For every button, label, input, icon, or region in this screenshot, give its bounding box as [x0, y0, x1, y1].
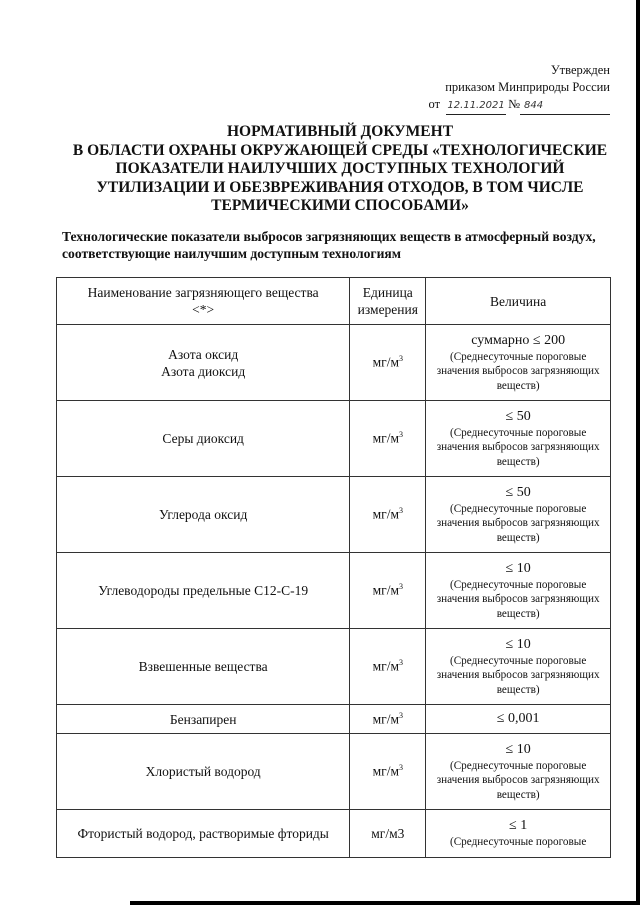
substance-name: Углерода оксид	[57, 477, 350, 553]
document-title: НОРМАТИВНЫЙ ДОКУМЕНТ В ОБЛАСТИ ОХРАНЫ ОК…	[40, 123, 640, 216]
unit-cell: мг/м3	[350, 629, 426, 705]
table-row: Серы диоксидмг/м3≤ 50(Среднесуточные пор…	[57, 401, 611, 477]
approval-approved: Утвержден	[429, 62, 611, 79]
threshold-note: (Среднесуточные пороговые	[430, 835, 606, 850]
threshold-note: (Среднесуточные пороговые значения выбро…	[430, 350, 606, 394]
header-unit: Единица измерения	[350, 278, 426, 325]
unit-cell: мг/м3	[350, 553, 426, 629]
unit-cell: мг/м3	[350, 705, 426, 734]
unit-cell: мг/м3	[350, 477, 426, 553]
value-cell: ≤ 1(Среднесуточные пороговые	[426, 810, 611, 858]
document-title-line: НОРМАТИВНЫЙ ДОКУМЕНТ	[40, 123, 640, 142]
table-row: Азота оксидАзота диоксидмг/м3суммарно ≤ …	[57, 325, 611, 401]
threshold-value: ≤ 50	[430, 408, 606, 426]
table-row: Фтористый водород, растворимые фторидымг…	[57, 810, 611, 858]
table-row: Взвешенные веществамг/м3≤ 10(Среднесуточ…	[57, 629, 611, 705]
value-cell: ≤ 10(Среднесуточные пороговые значения в…	[426, 734, 611, 810]
document-title-line: УТИЛИЗАЦИИ И ОБЕЗВРЕЖИВАНИЯ ОТХОДОВ, В Т…	[40, 179, 640, 198]
scan-edge-bottom	[130, 901, 640, 905]
value-cell: ≤ 10(Среднесуточные пороговые значения в…	[426, 629, 611, 705]
threshold-value: ≤ 10	[430, 560, 606, 578]
value-cell: ≤ 10(Среднесуточные пороговые значения в…	[426, 553, 611, 629]
substance-name: Углеводороды предельные С12-С-19	[57, 553, 350, 629]
approval-number: 844	[520, 97, 610, 115]
table-header-row: Наименование загрязняющего вещества <*> …	[57, 278, 611, 325]
header-substance: Наименование загрязняющего вещества <*>	[57, 278, 350, 325]
value-cell: ≤ 50(Среднесуточные пороговые значения в…	[426, 401, 611, 477]
header-value: Величина	[426, 278, 611, 325]
substance-name: Взвешенные вещества	[57, 629, 350, 705]
unit-cell: мг/м3	[350, 810, 426, 858]
threshold-value: ≤ 10	[430, 741, 606, 759]
table-row: Углеводороды предельные С12-С-19мг/м3≤ 1…	[57, 553, 611, 629]
substance-name: Азота оксидАзота диоксид	[57, 325, 350, 401]
section-title: Технологические показатели выбросов загр…	[62, 228, 618, 262]
threshold-value: ≤ 1	[430, 817, 606, 835]
threshold-note: (Среднесуточные пороговые значения выбро…	[430, 578, 606, 622]
unit-cell: мг/м3	[350, 401, 426, 477]
approval-date-prefix: от	[429, 96, 441, 113]
threshold-note: (Среднесуточные пороговые значения выбро…	[430, 502, 606, 546]
threshold-value: ≤ 10	[430, 636, 606, 654]
threshold-note: (Среднесуточные пороговые значения выбро…	[430, 654, 606, 698]
document-title-line: ПОКАЗАТЕЛИ НАИЛУЧШИХ ДОСТУПНЫХ ТЕХНОЛОГИ…	[40, 160, 640, 179]
threshold-value: суммарно ≤ 200	[430, 332, 606, 350]
value-cell: суммарно ≤ 200(Среднесуточные пороговые …	[426, 325, 611, 401]
substance-name: Хлористый водород	[57, 734, 350, 810]
table-row: Хлористый водородмг/м3≤ 10(Среднесуточны…	[57, 734, 611, 810]
threshold-note: (Среднесуточные пороговые значения выбро…	[430, 426, 606, 470]
emission-norms-table: Наименование загрязняющего вещества <*> …	[56, 277, 611, 858]
threshold-value: ≤ 0,001	[430, 710, 606, 728]
approval-date: 12.11.2021	[446, 97, 506, 115]
unit-cell: мг/м3	[350, 734, 426, 810]
approval-by-order: приказом Минприроды России	[429, 79, 611, 96]
value-cell: ≤ 0,001	[426, 705, 611, 734]
approval-block: Утвержден приказом Минприроды России от …	[429, 62, 611, 115]
unit-cell: мг/м3	[350, 325, 426, 401]
document-title-line: ТЕРМИЧЕСКИМИ СПОСОБАМИ»	[40, 197, 640, 216]
threshold-value: ≤ 50	[430, 484, 606, 502]
substance-name: Серы диоксид	[57, 401, 350, 477]
value-cell: ≤ 50(Среднесуточные пороговые значения в…	[426, 477, 611, 553]
approval-date-line: от 12.11.2021 № 844	[429, 96, 611, 115]
document-title-line: В ОБЛАСТИ ОХРАНЫ ОКРУЖАЮЩЕЙ СРЕДЫ «ТЕХНО…	[40, 142, 640, 161]
table-row: Бензапиренмг/м3≤ 0,001	[57, 705, 611, 734]
substance-name: Бензапирен	[57, 705, 350, 734]
table-row: Углерода оксидмг/м3≤ 50(Среднесуточные п…	[57, 477, 611, 553]
approval-number-sign: №	[508, 96, 520, 113]
substance-name: Фтористый водород, растворимые фториды	[57, 810, 350, 858]
threshold-note: (Среднесуточные пороговые значения выбро…	[430, 759, 606, 803]
